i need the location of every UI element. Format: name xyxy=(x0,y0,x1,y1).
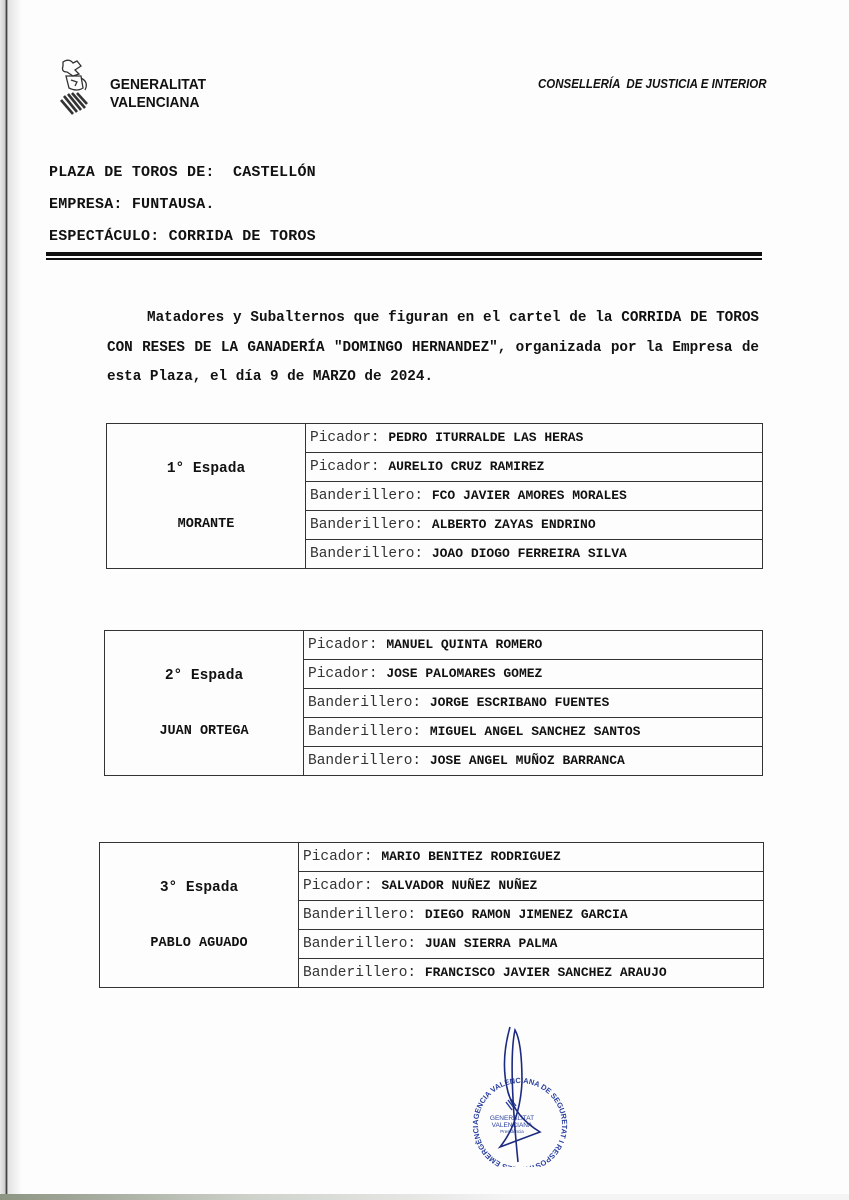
member-name: JOSE ANGEL MUÑOZ BARRANCA xyxy=(430,753,625,768)
member-role: Picador: xyxy=(303,849,373,865)
cuadrilla-member: Banderillero: FRANCISCO JAVIER SANCHEZ A… xyxy=(299,959,764,988)
generalitat-crest-icon xyxy=(55,58,95,120)
member-role: Banderillero: xyxy=(310,517,423,533)
cuadrilla-member: Banderillero: MIGUEL ANGEL SANCHEZ SANTO… xyxy=(304,718,763,747)
member-name: MIGUEL ANGEL SANCHEZ SANTOS xyxy=(430,724,641,739)
member-role: Banderillero: xyxy=(308,695,421,711)
scan-shadow xyxy=(8,0,22,1200)
member-name: PEDRO ITURRALDE LAS HERAS xyxy=(388,430,583,445)
member-role: Picador: xyxy=(308,637,378,653)
organization-name: GENERALITAT VALENCIANA xyxy=(110,76,206,112)
member-name: ALBERTO ZAYAS ENDRINO xyxy=(432,517,596,532)
matador-name: JUAN ORTEGA xyxy=(105,724,303,739)
header-divider-thin xyxy=(46,258,762,260)
cuadrilla-member: Banderillero: JOSE ANGEL MUÑOZ BARRANCA xyxy=(304,747,763,776)
member-name: AURELIO CRUZ RAMIREZ xyxy=(388,459,544,474)
scan-page-edge xyxy=(0,0,8,1200)
member-name: MARIO BENITEZ RODRIGUEZ xyxy=(381,849,560,864)
cuadrilla-member: Picador: JOSE PALOMARES GOMEZ xyxy=(304,660,763,689)
member-role: Banderillero: xyxy=(310,546,423,562)
intro-paragraph: Matadores y Subalternos que figuran en e… xyxy=(107,304,759,393)
member-name: JOAO DIOGO FERREIRA SILVA xyxy=(432,546,627,561)
matador-cell: 1° EspadaMORANTE xyxy=(107,424,306,569)
member-role: Banderillero: xyxy=(303,965,416,981)
espectaculo-field: ESPECTÁCULO: CORRIDA DE TOROS xyxy=(49,228,316,245)
svg-text:Presidència: Presidència xyxy=(500,1129,524,1134)
espada-table-2: 2° EspadaJUAN ORTEGAPicador: MANUEL QUIN… xyxy=(104,630,763,776)
cuadrilla-row: 1° EspadaMORANTEPicador: PEDRO ITURRALDE… xyxy=(107,424,763,453)
cuadrilla-member: Banderillero: ALBERTO ZAYAS ENDRINO xyxy=(306,511,763,540)
cuadrilla-member: Picador: MARIO BENITEZ RODRIGUEZ xyxy=(299,843,764,872)
svg-text:GENERALITAT: GENERALITAT xyxy=(490,1115,534,1122)
matador-name: MORANTE xyxy=(107,517,305,532)
member-role: Banderillero: xyxy=(310,488,423,504)
department-name: CONSELLERÍA DE JUSTICIA E INTERIOR xyxy=(538,77,767,91)
member-name: FCO JAVIER AMORES MORALES xyxy=(432,488,627,503)
cuadrilla-member: Banderillero: JOAO DIOGO FERREIRA SILVA xyxy=(306,540,763,569)
cuadrilla-member: Banderillero: JORGE ESCRIBANO FUENTES xyxy=(304,689,763,718)
cuadrilla-member: Banderillero: DIEGO RAMON JIMENEZ GARCIA xyxy=(299,901,764,930)
member-role: Banderillero: xyxy=(308,724,421,740)
member-name: SALVADOR NUÑEZ NUÑEZ xyxy=(381,878,537,893)
member-role: Banderillero: xyxy=(303,936,416,952)
espada-rank: 2° Espada xyxy=(105,668,303,684)
matador-cell: 2° EspadaJUAN ORTEGA xyxy=(105,631,304,776)
cuadrilla-row: 3° EspadaPABLO AGUADOPicador: MARIO BENI… xyxy=(100,843,764,872)
member-name: JORGE ESCRIBANO FUENTES xyxy=(430,695,609,710)
member-name: MANUEL QUINTA ROMERO xyxy=(386,637,542,652)
espada-table-1: 1° EspadaMORANTEPicador: PEDRO ITURRALDE… xyxy=(106,423,763,569)
org-line-1: GENERALITAT xyxy=(110,76,206,94)
member-role: Picador: xyxy=(303,878,373,894)
intro-text: Matadores y Subalternos que figuran en e… xyxy=(107,310,759,385)
member-name: JOSE PALOMARES GOMEZ xyxy=(386,666,542,681)
plaza-field: PLAZA DE TOROS DE: CASTELLÓN xyxy=(49,164,316,181)
member-role: Picador: xyxy=(310,459,380,475)
matador-name: PABLO AGUADO xyxy=(100,936,298,951)
member-name: FRANCISCO JAVIER SANCHEZ ARAUJO xyxy=(425,965,667,980)
member-name: DIEGO RAMON JIMENEZ GARCIA xyxy=(425,907,628,922)
cuadrilla-member: Banderillero: FCO JAVIER AMORES MORALES xyxy=(306,482,763,511)
cuadrilla-member: Banderillero: JUAN SIERRA PALMA xyxy=(299,930,764,959)
cuadrilla-row: 2° EspadaJUAN ORTEGAPicador: MANUEL QUIN… xyxy=(105,631,763,660)
espada-rank: 1° Espada xyxy=(107,461,305,477)
member-role: Banderillero: xyxy=(303,907,416,923)
official-stamp-icon: AGENCIA VALENCIANA DE SEGURETAT I RESPOS… xyxy=(460,1022,580,1167)
scan-bottom-edge xyxy=(0,1194,849,1200)
member-role: Banderillero: xyxy=(308,753,421,769)
cuadrilla-member: Picador: SALVADOR NUÑEZ NUÑEZ xyxy=(299,872,764,901)
empresa-field: EMPRESA: FUNTAUSA. xyxy=(49,196,215,213)
espada-rank: 3° Espada xyxy=(100,880,298,896)
cuadrilla-member: Picador: AURELIO CRUZ RAMIREZ xyxy=(306,453,763,482)
member-role: Picador: xyxy=(308,666,378,682)
matador-cell: 3° EspadaPABLO AGUADO xyxy=(100,843,299,988)
espada-table-3: 3° EspadaPABLO AGUADOPicador: MARIO BENI… xyxy=(99,842,764,988)
svg-text:AGENCIA VALENCIANA DE SEGURETA: AGENCIA VALENCIANA DE SEGURETAT I RESPOS… xyxy=(460,1022,569,1167)
header-divider xyxy=(46,252,762,256)
cuadrilla-member: Picador: MANUEL QUINTA ROMERO xyxy=(304,631,763,660)
org-line-2: VALENCIANA xyxy=(110,94,206,112)
cuadrilla-member: Picador: PEDRO ITURRALDE LAS HERAS xyxy=(306,424,763,453)
member-name: JUAN SIERRA PALMA xyxy=(425,936,558,951)
member-role: Picador: xyxy=(310,430,380,446)
